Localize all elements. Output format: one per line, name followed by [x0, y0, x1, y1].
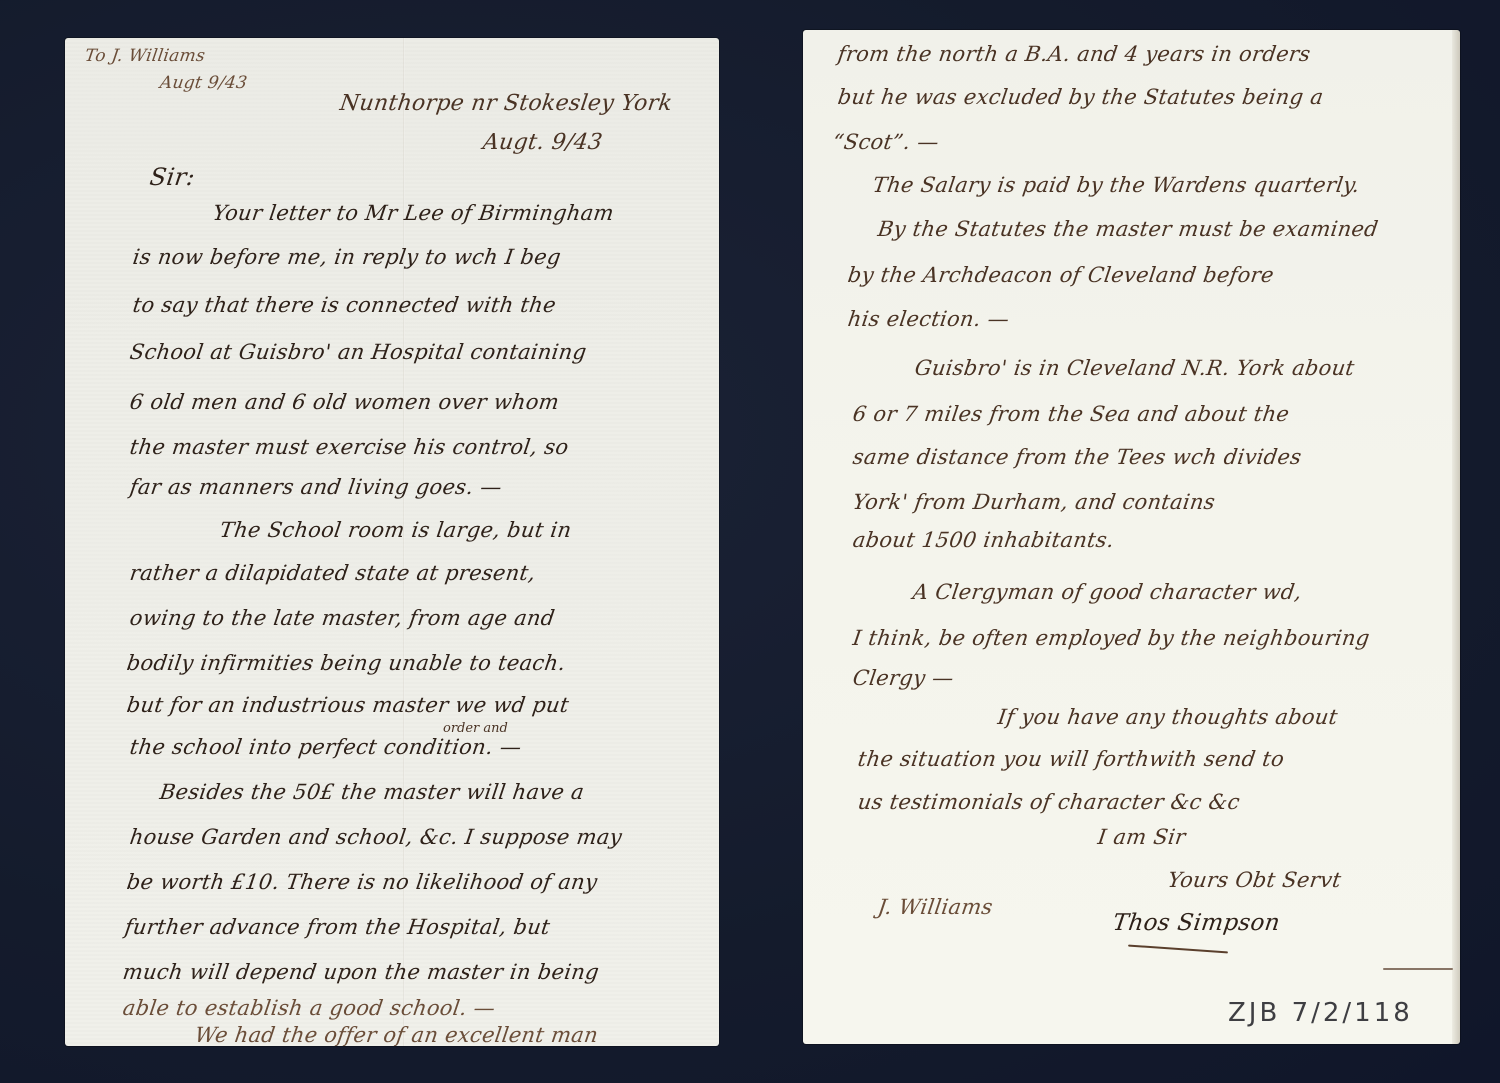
letter-line: able to establish a good school. —: [121, 996, 497, 1020]
letter-line: to say that there is connected with the: [131, 293, 557, 317]
letter-line: the school into perfect condition. —: [128, 735, 523, 759]
letter-line: by the Archdeacon of Cleveland before: [846, 263, 1275, 287]
letter-line: his election. —: [846, 307, 1011, 331]
letter-line: The School room is large, but in: [218, 518, 573, 542]
letter-page-right: from the north a B.A. and 4 years in ord…: [803, 30, 1460, 1044]
letter-date: Augt. 9/43: [481, 130, 604, 155]
closing-line: Yours Obt Servt: [1166, 868, 1343, 892]
letter-line: Your letter to Mr Lee of Birmingham: [211, 201, 615, 225]
closing-line: I am Sir: [1096, 825, 1187, 849]
letter-line: Guisbro' is in Cleveland N.R. York about: [913, 356, 1356, 380]
letter-line: much will depend upon the master in bein…: [121, 960, 600, 984]
signature: Thos Simpson: [1111, 910, 1281, 936]
letter-line: from the north a B.A. and 4 years in ord…: [836, 42, 1312, 66]
letter-line: house Garden and school, &c. I suppose m…: [128, 825, 623, 849]
letter-page-left: To J. Williams Augt 9/43 Nunthorpe nr St…: [65, 38, 719, 1046]
letter-line: about 1500 inhabitants.: [851, 528, 1115, 552]
letter-line: 6 or 7 miles from the Sea and about the: [851, 402, 1291, 426]
margin-mark: [1383, 968, 1453, 970]
letter-line: We had the offer of an excellent man: [193, 1023, 599, 1046]
letter-line: The Salary is paid by the Wardens quarte…: [871, 173, 1361, 197]
archive-reference: ZJB 7/2/118: [1228, 998, 1413, 1028]
letter-line: the master must exercise his control, so: [128, 435, 570, 459]
interlinear-insertion: order and: [443, 721, 508, 736]
letter-line: be worth £10. There is no likelihood of …: [125, 870, 599, 894]
signature-flourish: [1128, 945, 1228, 954]
letter-line: “Scot”. —: [831, 130, 940, 154]
letter-line: 6 old men and 6 old women over whom: [128, 390, 560, 414]
letter-line: but he was excluded by the Statutes bein…: [836, 85, 1325, 109]
letter-line: but for an industrious master we wd put: [125, 693, 570, 717]
letter-line: A Clergyman of good character wd,: [911, 580, 1303, 604]
letter-address: Nunthorpe nr Stokesley York: [338, 91, 674, 116]
letter-line: further advance from the Hospital, but: [123, 915, 551, 939]
letter-line: School at Guisbro' an Hospital containin…: [128, 340, 588, 364]
letter-line: same distance from the Tees wch divides: [851, 445, 1303, 469]
letter-line: the situation you will forthwith send to: [856, 747, 1286, 771]
letter-line: By the Statutes the master must be exami…: [876, 217, 1379, 241]
letter-line: us testimonials of character &c &c: [856, 790, 1241, 814]
letter-line: Clergy —: [851, 666, 955, 690]
letter-line: York' from Durham, and contains: [851, 490, 1216, 514]
page-edge: [1452, 30, 1460, 1044]
page-fold: [403, 38, 405, 1046]
letter-line: owing to the late master, from age and: [128, 606, 556, 630]
letter-line: is now before me, in reply to wch I beg: [131, 245, 562, 269]
letter-line: bodily infirmities being unable to teach…: [125, 651, 567, 675]
docket-recipient: To J. Williams: [84, 46, 207, 66]
letter-line: If you have any thoughts about: [996, 705, 1339, 729]
letter-line: far as manners and living goes. —: [128, 475, 503, 499]
docket-date: Augt 9/43: [159, 73, 249, 93]
letter-line: rather a dilapidated state at present,: [128, 561, 537, 585]
salutation: Sir:: [148, 163, 197, 191]
letter-line: Besides the 50£ the master will have a: [158, 780, 585, 804]
letter-line: I think, be often employed by the neighb…: [851, 626, 1371, 650]
recipient-name: J. Williams: [876, 895, 994, 919]
